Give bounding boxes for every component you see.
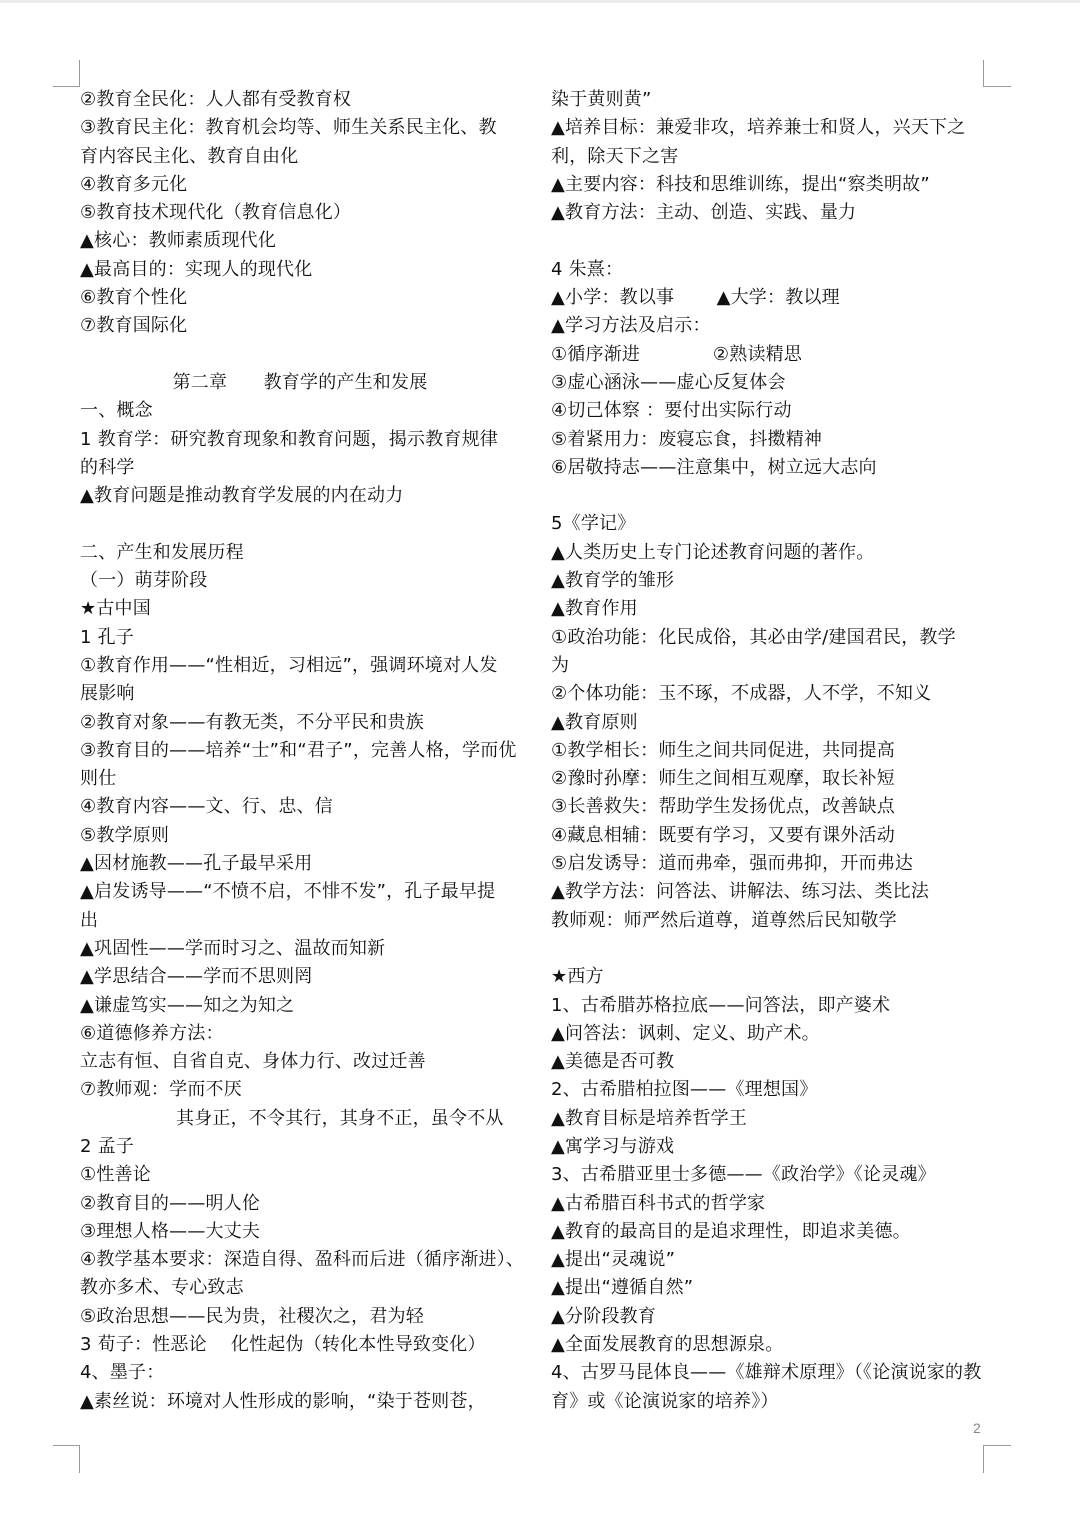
text-line: 立志有恒、自省自克、身体力行、改过迁善	[80, 1048, 520, 1076]
text-line: ▲问答法：讽刺、定义、助产术。	[551, 1020, 991, 1048]
text-line: ⑤教学原则	[80, 822, 520, 850]
text-line: ④教学基本要求：深造自得、盈科而后进（循序渐进）、	[80, 1246, 520, 1274]
viewer-top-edge	[0, 0, 1080, 3]
text-line: ▲最高目的：实现人的现代化	[80, 256, 520, 284]
blank-line	[80, 510, 520, 538]
text-line: ⑤教育技术现代化（教育信息化）	[80, 199, 520, 227]
section-heading: 一、概念	[80, 397, 520, 425]
text-line: ▲启发诱导——“不愤不启，不悱不发”，孔子最早提	[80, 878, 520, 906]
text-line: 教师观：师严然后道尊，道尊然后民知敬学	[551, 907, 991, 935]
text-line: 教亦多术、专心致志	[80, 1274, 520, 1302]
text-line: ▲核心：教师素质现代化	[80, 227, 520, 255]
corner-mark-top-left	[53, 60, 80, 87]
text-line: ▲教育方法：主动、创造、实践、量力	[551, 199, 991, 227]
blank-line	[551, 935, 991, 963]
text-line: ⑥道德修养方法：	[80, 1020, 520, 1048]
region-heading: ★西方	[551, 963, 991, 991]
text-line: ⑤政治思想——民为贵，社稷次之，君为轻	[80, 1303, 520, 1331]
blank-line	[80, 341, 520, 369]
text-line: ③虚心涵泳——虚心反复体会	[551, 369, 991, 397]
text-line: 的科学	[80, 454, 520, 482]
text-line: ▲小学：教以事 ▲大学：教以理	[551, 284, 991, 312]
text-line: ③教育民主化：教育机会均等、师生关系民主化、教	[80, 114, 520, 142]
text-line: ③长善救失：帮助学生发扬优点，改善缺点	[551, 793, 991, 821]
text-line: ②个体功能：玉不琢，不成器，人不学，不知义	[551, 680, 991, 708]
text-line: ⑤启发诱导：道而弗牵，强而弗抑，开而弗达	[551, 850, 991, 878]
text-line: 染于黄则黄”	[551, 86, 991, 114]
text-line: ①循序渐进 ②熟读精思	[551, 341, 991, 369]
text-line: ▲教育作用	[551, 595, 991, 623]
text-line: 为	[551, 652, 991, 680]
text-line: ④切己体察 ：要付出实际行动	[551, 397, 991, 425]
text-line: ▲分阶段教育	[551, 1303, 991, 1331]
text-line: ⑥居敬持志——注意集中，树立远大志向	[551, 454, 991, 482]
text-line: ▲全面发展教育的思想源泉。	[551, 1331, 991, 1359]
text-line: ④教育多元化	[80, 171, 520, 199]
text-line: ▲巩固性——学而时习之、温故而知新	[80, 935, 520, 963]
text-line: 育内容民主化、教育自由化	[80, 143, 520, 171]
blank-line	[551, 482, 991, 510]
text-line: ⑥教育个性化	[80, 284, 520, 312]
person-heading: 1、古希腊苏格拉底——问答法，即产婆术	[551, 992, 991, 1020]
text-line: ▲培养目标：兼爱非攻，培养兼士和贤人，兴天下之	[551, 114, 991, 142]
text-line: 利，除天下之害	[551, 143, 991, 171]
text-line: 展影响	[80, 680, 520, 708]
text-line: ▲人类历史上专门论述教育问题的著作。	[551, 539, 991, 567]
text-line: ④教育内容——文、行、忠、信	[80, 793, 520, 821]
left-column: ②教育全民化：人人都有受教育权 ③教育民主化：教育机会均等、师生关系民主化、教 …	[80, 86, 520, 1416]
person-heading: 4、墨子：	[80, 1359, 520, 1387]
text-line: ▲学习方法及启示：	[551, 312, 991, 340]
text-line: ②豫时孙摩：师生之间相互观摩，取长补短	[551, 765, 991, 793]
text-line: ▲提出“灵魂说”	[551, 1246, 991, 1274]
corner-mark-top-right	[983, 60, 1011, 87]
text-line: ▲谦虚笃实——知之为知之	[80, 992, 520, 1020]
text-line: ▲寓学习与游戏	[551, 1133, 991, 1161]
chapter-title: 第二章 教育学的产生和发展	[80, 369, 520, 397]
text-line: ⑦教育国际化	[80, 312, 520, 340]
text-line: ①教学相长：师生之间共同促进，共同提高	[551, 737, 991, 765]
text-line: ▲素丝说：环境对人性形成的影响，“染于苍则苍，	[80, 1388, 520, 1416]
text-line: ▲教育目标是培养哲学王	[551, 1105, 991, 1133]
region-heading: ★古中国	[80, 595, 520, 623]
text-line: ▲主要内容：科技和思维训练，提出“察类明故”	[551, 171, 991, 199]
text-line: ▲教育学的雏形	[551, 567, 991, 595]
person-heading: 2、古希腊柏拉图——《理想国》	[551, 1076, 991, 1104]
text-line: ③教育目的——培养“士”和“君子”，完善人格，学而优	[80, 737, 520, 765]
page-number: 2	[973, 1420, 981, 1436]
text-line: 出	[80, 907, 520, 935]
text-line: 育》或《论演说家的培养》）	[551, 1388, 991, 1416]
text-line: ▲教育原则	[551, 709, 991, 737]
text-line: ②教育全民化：人人都有受教育权	[80, 86, 520, 114]
text-line: ①教育作用——“性相近，习相远”，强调环境对人发	[80, 652, 520, 680]
person-heading: 1 孔子	[80, 624, 520, 652]
text-line: ②教育对象——有教无类，不分平民和贵族	[80, 709, 520, 737]
text-line: ▲教学方法：问答法、讲解法、练习法、类比法	[551, 878, 991, 906]
text-line: ①政治功能：化民成俗，其必由学/建国君民，教学	[551, 624, 991, 652]
text-line: ▲学思结合——学而不思则罔	[80, 963, 520, 991]
text-line: ▲教育的最高目的是追求理性，即追求美德。	[551, 1218, 991, 1246]
text-line: ④藏息相辅：既要有学习，又要有课外活动	[551, 822, 991, 850]
blank-line	[551, 227, 991, 255]
person-heading: 2 孟子	[80, 1133, 520, 1161]
person-heading: 4、古罗马昆体良——《雄辩术原理》（《论演说家的教	[551, 1359, 991, 1387]
text-line: ⑤着紧用力：废寝忘食，抖擞精神	[551, 426, 991, 454]
right-column: 染于黄则黄” ▲培养目标：兼爱非攻，培养兼士和贤人，兴天下之 利，除天下之害 ▲…	[551, 86, 991, 1416]
text-line: ▲教育问题是推动教育学发展的内在动力	[80, 482, 520, 510]
person-heading: 3 荀子：性恶论 化性起伪（转化本性导致变化）	[80, 1331, 520, 1359]
text-line: ▲因材施教——孔子最早采用	[80, 850, 520, 878]
text-line: ▲提出“遵循自然”	[551, 1274, 991, 1302]
text-line: ▲美德是否可教	[551, 1048, 991, 1076]
text-line: ⑦教师观：学而不厌	[80, 1076, 520, 1104]
person-heading: 3、古希腊亚里士多德——《政治学》《论灵魂》	[551, 1161, 991, 1189]
text-line-indented: 其身正，不令其行，其身不正，虽令不从	[80, 1105, 520, 1133]
text-line: ①性善论	[80, 1161, 520, 1189]
text-line: ③理想人格——大丈夫	[80, 1218, 520, 1246]
section-heading: 二、产生和发展历程	[80, 539, 520, 567]
book-heading: 5《学记》	[551, 510, 991, 538]
text-line: 则仕	[80, 765, 520, 793]
corner-mark-bottom-right	[983, 1445, 1011, 1473]
corner-mark-bottom-left	[53, 1445, 80, 1473]
person-heading: 4 朱熹：	[551, 256, 991, 284]
text-line: ②教育目的——明人伦	[80, 1190, 520, 1218]
text-line: ▲古希腊百科书式的哲学家	[551, 1190, 991, 1218]
text-line: 1 教育学：研究教育现象和教育问题，揭示教育规律	[80, 426, 520, 454]
subsection-heading: （一）萌芽阶段	[80, 567, 520, 595]
